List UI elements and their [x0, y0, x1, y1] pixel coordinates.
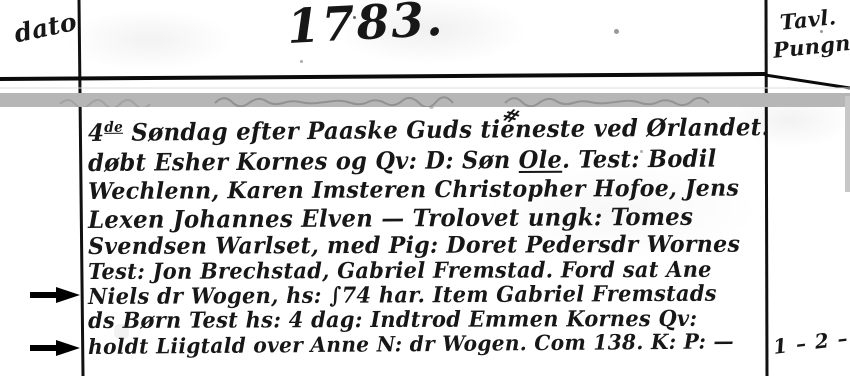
record-line-7: Niels dr Wogen, hs: ∫74 har. Item Gabrie… [88, 283, 717, 308]
record-line-3: Wechlenn, Karen Imsteren Christopher Hof… [88, 177, 739, 203]
arrow-head [56, 287, 80, 303]
record-line-2: døbt Esher Kornes og Qv: D: Søn Ole. Tes… [88, 147, 716, 175]
annotation-arrow-2 [30, 340, 80, 356]
arrow-stem [30, 345, 56, 351]
annotation-arrow-1 [30, 287, 80, 303]
record-line-4: Lexen Johannes Elven — Trolovet ungk: To… [88, 205, 693, 232]
record-line-8: ds Børn Test hs: 4 dag: Indtrod Emmen Ko… [88, 308, 697, 332]
arrow-head [56, 340, 80, 356]
parish-register-scan: dato 1783. Tavl. Pungn. # 4de Søndag eft… [0, 0, 850, 376]
ghost-writing [0, 94, 850, 107]
scan-edge-strip [845, 96, 850, 192]
record-line-1: 4de Søndag efter Paaske Guds tieneste ve… [88, 115, 770, 145]
ghost-stroke-1 [60, 100, 150, 107]
record-line-5: Svendsen Warlset, med Pig: Doret Pedersd… [88, 233, 740, 258]
record-line-2-pre: døbt Esher Kornes og Qv: D: Søn [88, 145, 519, 177]
record-line-9: holdt Liigtald over Anne N: dr Wogen. Co… [88, 330, 734, 357]
header-rule-right-slope [765, 75, 850, 88]
header-rule [0, 74, 765, 79]
record-line-2-post: . Test: Bodil [562, 144, 716, 174]
left-column-rule [79, 0, 83, 376]
day-ordinal-suffix: de [104, 119, 123, 136]
arrow-stem [30, 292, 56, 298]
right-column-rule [766, 0, 767, 376]
child-name-underlined: Ole [519, 145, 563, 174]
record-line-6: Test: Jon Brechstad, Gabriel Fremstad. F… [88, 259, 712, 283]
day-number: 4 [88, 118, 104, 147]
ghost-stroke-2 [215, 97, 453, 107]
ghost-stroke-3 [505, 98, 709, 106]
year-heading: 1783. [286, 0, 445, 51]
record-line-1-text: Søndag efter Paaske Guds tieneste ved Ør… [131, 112, 770, 147]
amount-column-label-line1: Tavl. [779, 6, 837, 33]
scan-artifact-band [0, 93, 850, 107]
